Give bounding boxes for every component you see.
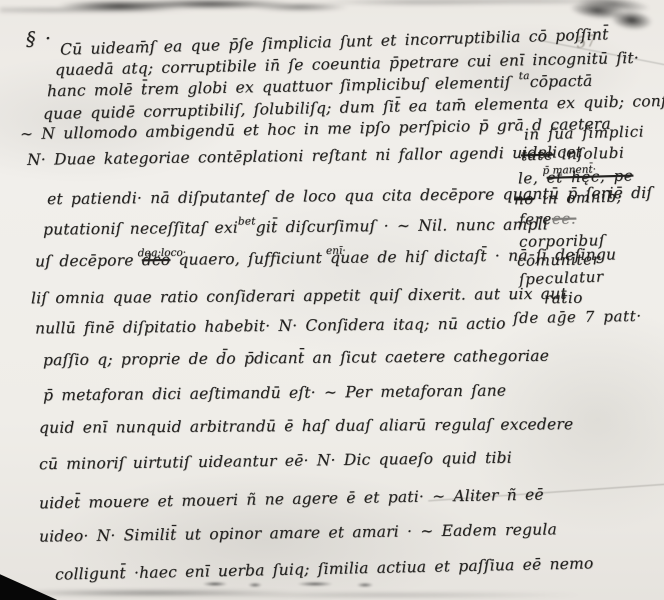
ink-smudge-bottom-edge <box>30 585 590 599</box>
margin-note-line-4: no in omnib; <box>514 188 623 209</box>
margin-note-line-2: tate inſolubi <box>521 144 625 165</box>
line-9-superscript-gloss: enī· <box>326 245 346 257</box>
line-9-text: uſ decēpore <box>35 251 142 270</box>
line-3-superscript-correction: ta <box>519 70 530 82</box>
line-8-superscript-correction: bet <box>238 215 256 227</box>
margin-3-text: le, <box>518 169 539 188</box>
section-mark: § · <box>26 28 52 51</box>
margin-note-line-9: ratio <box>544 289 583 308</box>
manuscript-photo: 57 § · Cū uideam̄ſ ea que p̄ſe ſimplicia… <box>0 0 664 600</box>
line-9-text-mid: quaero, ſufficiunt <box>170 249 330 269</box>
margin-note-line-7: cōmuniter <box>517 250 601 269</box>
manuscript-line-14: quid enī nunquid arbitrandū ē haſ duaſ a… <box>39 415 573 437</box>
margin-5-struck-text: ee. <box>552 210 577 228</box>
margin-note-line-6: corporibuſ <box>519 231 605 250</box>
margin-5-text: fere <box>519 210 552 229</box>
margin-2-text: inſolubi <box>553 144 625 164</box>
line-8-text: putationiſ neceſſitaſ exi <box>43 219 238 239</box>
line-3-text-end: cōpactā <box>530 72 593 91</box>
margin-note-line-3: le, p̄ manent̄·et hęc, pe <box>518 166 634 187</box>
margin-4-text: in omnib; <box>534 188 623 208</box>
margin-2-struck-word: tate <box>521 146 554 165</box>
line-9-correction-2: enī·quae <box>330 248 369 266</box>
margin-note-line-1: in ſua ſimplici <box>524 122 645 143</box>
margin-note-line-5: fereee. <box>519 210 577 229</box>
margin-note-line-8: ſpeculatur <box>519 268 604 289</box>
margin-4-struck-word: no <box>514 190 534 209</box>
line-9-correction: deq;loco·dco <box>142 251 171 269</box>
line-8-text-end: git̄ diſcurſimuſ · ∼ Nil. nunc ampli <box>256 215 548 236</box>
margin-3-superscript-correction: p̄ manent̄· <box>542 163 596 176</box>
margin-3-correction: p̄ manent̄·et hęc, pe <box>546 166 633 186</box>
line-9-superscript-correction: deq;loco· <box>138 247 187 260</box>
margin-note-line-10: ſde aḡe 7 patt· <box>513 307 642 327</box>
